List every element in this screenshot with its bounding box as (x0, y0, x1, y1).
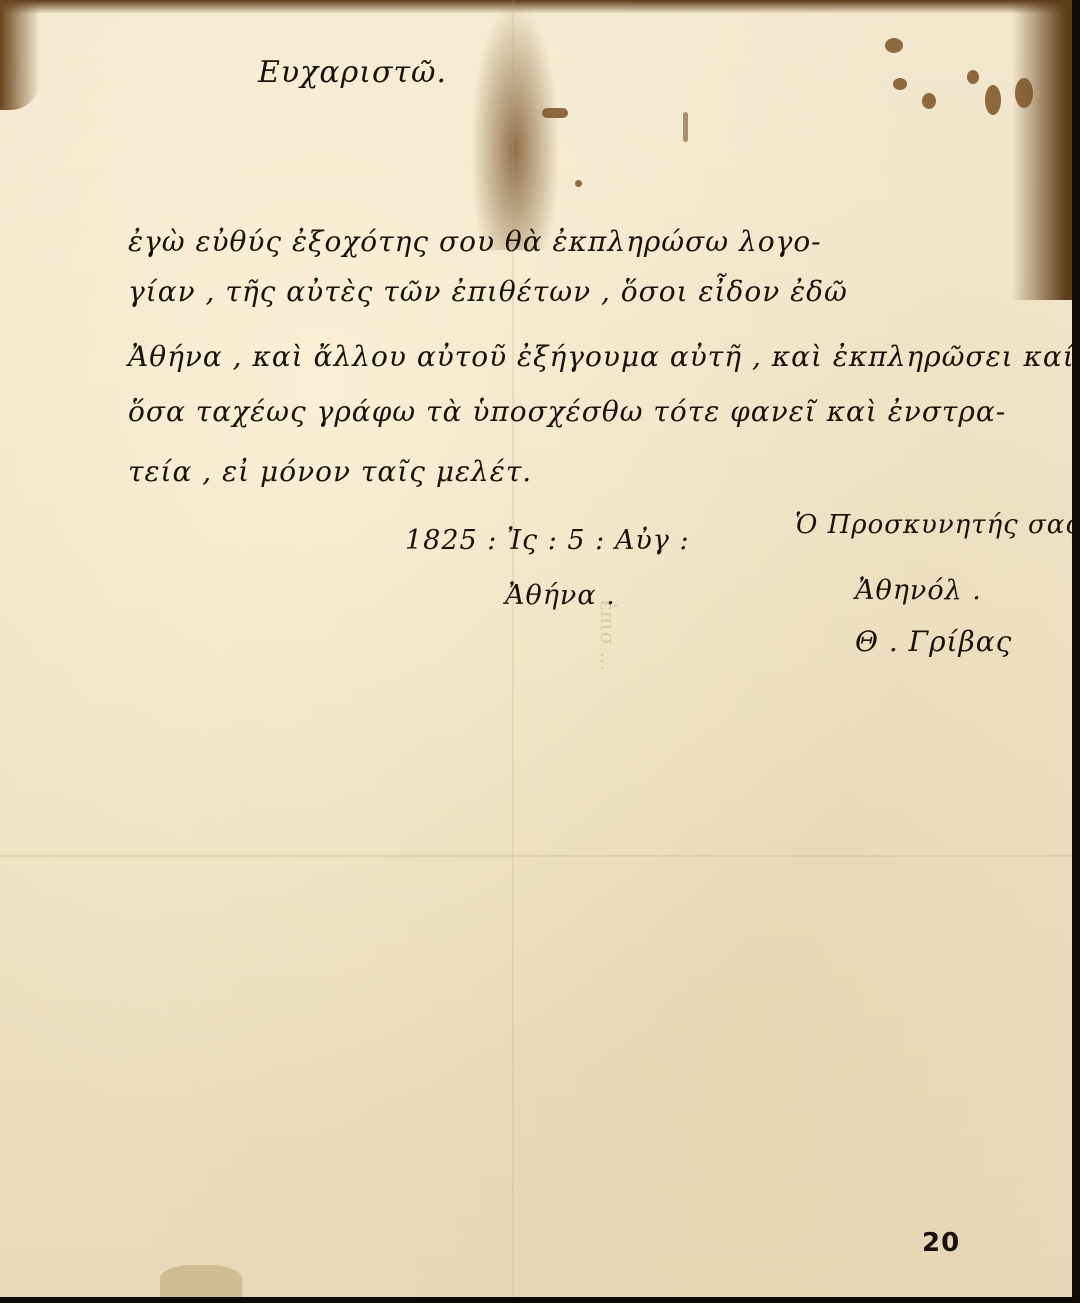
ink-spot (542, 108, 568, 118)
manuscript-page: Ευχαριστῶ. ἐγὼ εὐθύς ἐξοχότης σου θὰ ἐκπ… (0, 0, 1072, 1297)
bleed-through-text: ἐπισ ... (590, 600, 620, 820)
body-line-4: ὅσα ταχέως γράφω τὰ ὑποσχέσθω τότε φανεῖ… (128, 395, 1006, 428)
vertical-fold (512, 0, 514, 1297)
scan-border-right (1072, 0, 1080, 1303)
ink-spot (575, 180, 582, 187)
signature-line-2: Ἀθηνόλ . (855, 575, 982, 606)
body-line-2: γίαν , τῆς αὐτὲς τῶν ἐπιθέτων , ὅσοι εἶδ… (128, 275, 848, 308)
ink-spot (985, 85, 1001, 115)
ink-spot (967, 70, 979, 84)
ink-spot (922, 93, 936, 109)
ink-spot (1015, 78, 1033, 108)
ink-spot (893, 78, 907, 90)
ink-spot (683, 112, 688, 142)
body-line-1: ἐγὼ εὐθύς ἐξοχότης σου θὰ ἐκπληρώσω λογο… (128, 225, 822, 258)
bottom-water-stain (160, 1265, 242, 1299)
top-right-stain (1012, 0, 1072, 300)
signature-name: Θ . Γρίβας (855, 625, 1012, 658)
signature-closing: Ὁ Προσκυνητής σας , (795, 510, 1080, 540)
scan-border-bottom (0, 1297, 1080, 1303)
top-left-stain (0, 0, 40, 110)
horizontal-fold (0, 855, 1072, 857)
body-line-5: τεία , εἰ μόνον ταῖς μελέτ. (128, 455, 532, 488)
date-line: 1825 : Ἰς : 5 : Αὐγ : (405, 525, 690, 556)
folio-number: 20 (922, 1228, 960, 1258)
body-line-3: Ἀθήνα , καὶ ἄλλου αὐτοῦ ἐξήγουμα αὐτῆ , … (128, 340, 1075, 373)
letter-header: Ευχαριστῶ. (258, 55, 447, 90)
center-ink-stain (470, 0, 560, 250)
ink-spot (885, 38, 903, 53)
